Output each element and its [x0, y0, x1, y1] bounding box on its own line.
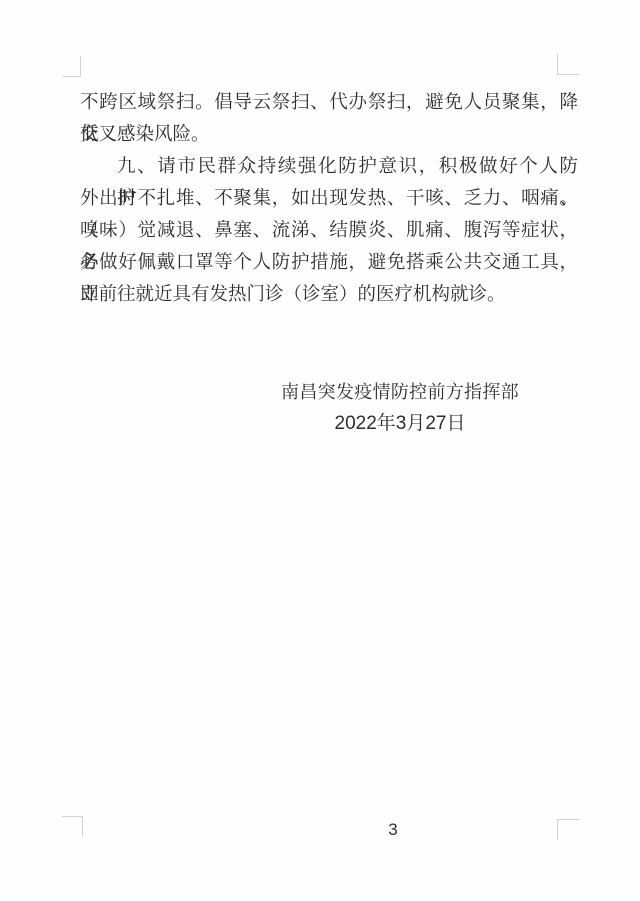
crop-mark-top-right-icon [557, 53, 579, 75]
signature-line: 南昌突发疫情防控前方指挥部 [160, 376, 640, 408]
body-text-line: （味）觉减退、鼻塞、流涕、结膜炎、肌痛、腹泻等症状，务 [80, 214, 578, 246]
crop-mark-bottom-left-icon [62, 816, 83, 837]
closing-block: 南昌突发疫情防控前方指挥部 2022年3月27日 [160, 376, 640, 440]
body-text-line: 九、请市民群众持续强化防护意识，积极做好个人防护。 [80, 150, 578, 182]
body-text-line: 必做好佩戴口罩等个人防护措施，避免搭乘公共交通工具，立 [80, 246, 578, 278]
crop-mark-bottom-right-icon [557, 819, 579, 840]
document-page: 不跨区域祭扫。倡导云祭扫、代办祭扫，避免人员聚集，降低 交叉感染风险。 九、请市… [0, 0, 640, 901]
crop-mark-top-left-icon [62, 56, 81, 77]
body-text-line: 交叉感染风险。 [80, 118, 578, 150]
date-line: 2022年3月27日 [160, 408, 640, 440]
body-text-line: 即前往就近具有发热门诊（诊室）的医疗机构就诊。 [80, 278, 578, 310]
page-number: 3 [353, 820, 433, 840]
body-text-line: 不跨区域祭扫。倡导云祭扫、代办祭扫，避免人员聚集，降低 [80, 86, 578, 118]
body-text-line: 外出时不扎堆、不聚集，如出现发热、干咳、乏力、咽痛、嗅 [80, 182, 578, 214]
document-body: 不跨区域祭扫。倡导云祭扫、代办祭扫，避免人员聚集，降低 交叉感染风险。 九、请市… [80, 86, 578, 310]
